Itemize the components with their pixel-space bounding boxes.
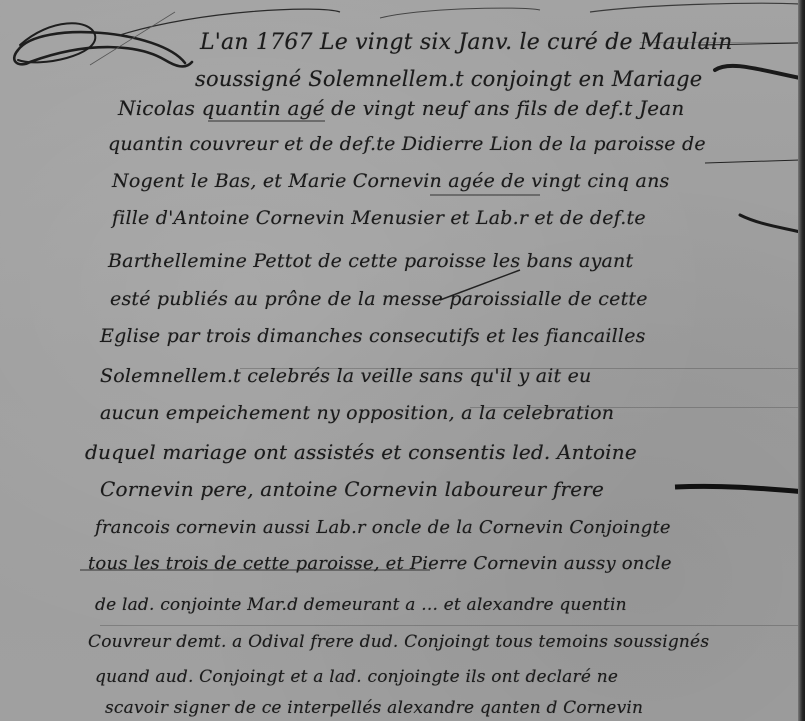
document-line-7: Barthellemine Pettot de cette paroisse l… — [108, 250, 633, 272]
document-line-12: duquel mariage ont assistés et consentis… — [85, 440, 637, 464]
document-line-17: Couvreur demt. a Odival frere dud. Conjo… — [88, 632, 709, 652]
document-line-18: quand aud. Conjoingt et a lad. conjoingt… — [95, 667, 618, 687]
document-line-14: francois cornevin aussi Lab.r oncle de l… — [95, 517, 671, 538]
document-line-9: Eglise par trois dimanches consecutifs e… — [100, 325, 646, 347]
document-line-10: Solemnellem.t celebrés la veille sans qu… — [100, 365, 591, 387]
page-edge — [798, 0, 805, 721]
document-line-5: Nogent le Bas, et Marie Cornevin agée de… — [112, 170, 669, 192]
document-line-16: de lad. conjointe Mar.d demeurant a ... … — [95, 595, 627, 615]
document-line-6: fille d'Antoine Cornevin Menusier et Lab… — [112, 207, 646, 229]
document-line-3: Nicolas quantin agé de vingt neuf ans fi… — [118, 96, 684, 120]
document-line-2: soussigné Solemnellem.t conjoingt en Mar… — [195, 67, 702, 91]
document-line-13: Cornevin pere, antoine Cornevin laboureu… — [100, 477, 604, 501]
ruling-line — [100, 625, 800, 626]
document-line-11: aucun empeichement ny opposition, a la c… — [100, 402, 614, 424]
document-line-19: scavoir signer de ce interpellés alexand… — [105, 698, 643, 718]
document-line-15: tous les trois de cette paroisse, et Pie… — [88, 553, 672, 574]
document-line-8: esté publiés au prône de la messe parois… — [110, 288, 648, 310]
document-line-1: L'an 1767 Le vingt six Janv. le curé de … — [200, 30, 732, 55]
document-page: L'an 1767 Le vingt six Janv. le curé de … — [0, 0, 805, 721]
document-line-4: quantin couvreur et de def.te Didierre L… — [108, 133, 706, 155]
